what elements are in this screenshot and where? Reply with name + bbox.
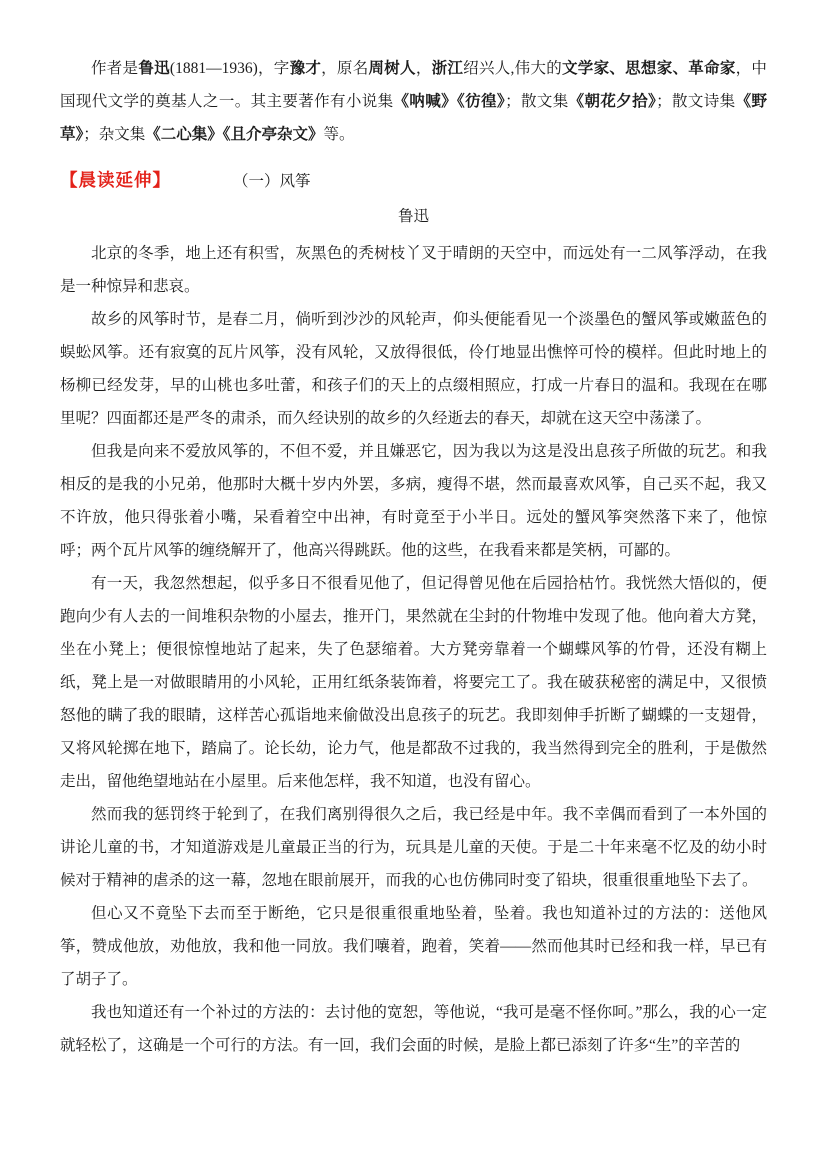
- intro-text: ，原名: [321, 60, 368, 77]
- essay-author: 鲁迅: [60, 200, 767, 233]
- intro-bold-text: 《呐喊》《彷徨》: [394, 93, 506, 110]
- author-intro-paragraph: 作者是鲁迅(1881—1936)，字豫才，原名周树人，浙江绍兴人,伟大的文学家、…: [60, 52, 767, 151]
- intro-bold-text: 豫才: [290, 60, 322, 77]
- essay-title: （一）风筝: [233, 165, 311, 198]
- intro-text: ，: [416, 60, 432, 77]
- intro-text: 绍兴人,伟大的: [463, 60, 562, 77]
- section-label-morning-reading: 【晨读延伸】: [60, 164, 171, 197]
- document-page: 作者是鲁迅(1881—1936)，字豫才，原名周树人，浙江绍兴人,伟大的文学家、…: [0, 0, 827, 1169]
- section-heading-row: 【晨读延伸】 （一）风筝: [60, 164, 767, 198]
- essay-paragraph: 北京的冬季，地上还有积雪，灰黑色的秃树枝丫叉于晴朗的天空中，而远处有一二风筝浮动…: [60, 237, 767, 303]
- intro-text: ；散文集: [505, 93, 569, 110]
- intro-text: 作者是: [91, 60, 138, 77]
- essay-paragraph: 有一天，我忽然想起，似乎多日不很看见他了，但记得曾见他在后园拾枯竹。我恍然大悟似…: [60, 567, 767, 798]
- essay-paragraph: 我也知道还有一个补过的方法的：去讨他的宽恕，等他说，“我可是毫不怪你呵。”那么，…: [60, 996, 767, 1062]
- intro-bold-text: 周树人: [368, 60, 415, 77]
- intro-bold-text: 文学家、思想家、革命家: [562, 60, 736, 77]
- essay-paragraph: 但心又不竟坠下去而至于断绝，它只是很重很重地坠着，坠着。我也知道补过的方法的：送…: [60, 897, 767, 996]
- intro-text: ；杂文集: [83, 126, 145, 143]
- intro-bold-text: 浙江: [432, 60, 464, 77]
- essay-paragraph: 故乡的风筝时节，是春二月，倘听到沙沙的风轮声，仰头便能看见一个淡墨色的蟹风筝或嫩…: [60, 303, 767, 435]
- essay-paragraph: 但我是向来不爱放风筝的，不但不爱，并且嫌恶它，因为我以为这是没出息孩子所做的玩艺…: [60, 435, 767, 567]
- intro-text: 等。: [324, 126, 355, 143]
- intro-text: (1881—1936)，字: [170, 60, 290, 77]
- intro-bold-text: 鲁迅: [138, 60, 170, 77]
- intro-bold-text: 《朝花夕拾》: [569, 93, 657, 110]
- intro-text: ；散文诗集: [656, 93, 735, 110]
- essay-body: 北京的冬季，地上还有积雪，灰黑色的秃树枝丫叉于晴朗的天空中，而远处有一二风筝浮动…: [60, 237, 767, 1062]
- essay-paragraph: 然而我的惩罚终于轮到了，在我们离别得很久之后，我已经是中年。我不幸偶而看到了一本…: [60, 798, 767, 897]
- intro-bold-text: 《二心集》《且介亭杂文》: [145, 126, 323, 143]
